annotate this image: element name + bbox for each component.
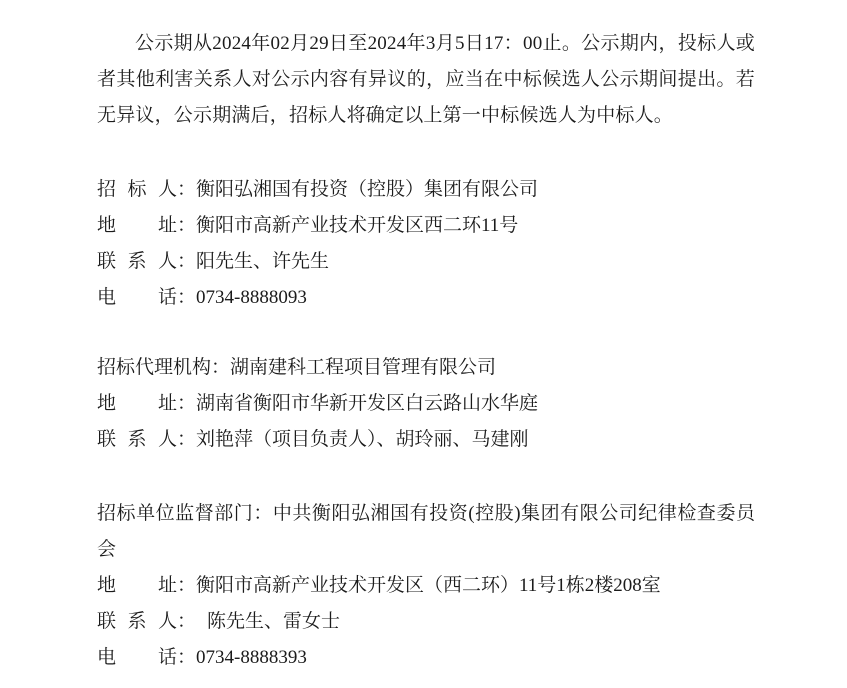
supervisor-label: 招标单位监督部门	[97, 503, 253, 524]
colon: ：	[177, 575, 196, 596]
supervisor-address-row: 地址：衡阳市高新产业技术开发区（西二环）11号1栋2楼208室	[97, 568, 755, 604]
colon: ：	[177, 647, 196, 668]
public-notice-period-paragraph: 公示期从2024年02月29日至2024年3月5日17：00止。公示期内，投标人…	[97, 26, 755, 134]
colon: ：	[177, 215, 196, 236]
tenderer-name-row: 招标人：衡阳弘湘国有投资（控股）集团有限公司	[97, 172, 755, 208]
colon: ：	[177, 179, 196, 200]
agency-section: 招标代理机构：湖南建科工程项目管理有限公司 地址：湖南省衡阳市华新开发区白云路山…	[97, 350, 755, 458]
supervisor-name-row: 招标单位监督部门：中共衡阳弘湘国有投资(控股)集团有限公司纪律检查委员会	[97, 496, 755, 568]
colon: ：	[177, 429, 196, 450]
tenderer-label: 招标人	[97, 172, 177, 208]
phone-value: 0734-8888393	[196, 647, 307, 668]
contact-value: 陈先生、雷女士	[196, 611, 340, 632]
agency-label: 招标代理机构	[97, 357, 211, 378]
contact-label: 联系人	[97, 604, 177, 640]
colon: ：	[177, 287, 196, 308]
colon: ：	[177, 251, 196, 272]
address-value: 湖南省衡阳市华新开发区白云路山水华庭	[196, 393, 538, 414]
address-value: 衡阳市高新产业技术开发区西二环11号	[196, 215, 518, 236]
tenderer-address-row: 地址：衡阳市高新产业技术开发区西二环11号	[97, 208, 755, 244]
colon: ：	[177, 611, 196, 632]
supervisor-phone-row: 电话：0734-8888393	[97, 640, 755, 676]
agency-address-row: 地址：湖南省衡阳市华新开发区白云路山水华庭	[97, 386, 755, 422]
contact-label: 联系人	[97, 422, 177, 458]
tenderer-section: 招标人：衡阳弘湘国有投资（控股）集团有限公司 地址：衡阳市高新产业技术开发区西二…	[97, 172, 755, 316]
colon: ：	[211, 357, 230, 378]
address-label: 地址	[97, 208, 177, 244]
address-value: 衡阳市高新产业技术开发区（西二环）11号1栋2楼208室	[196, 575, 661, 596]
tenderer-contact-row: 联系人：阳先生、许先生	[97, 244, 755, 280]
agency-contact-row: 联系人：刘艳萍（项目负责人）、胡玲丽、马建刚	[97, 422, 755, 458]
contact-value: 阳先生、许先生	[196, 251, 329, 272]
agency-name-row: 招标代理机构：湖南建科工程项目管理有限公司	[97, 350, 755, 386]
phone-label: 电话	[97, 640, 177, 676]
tenderer-value: 衡阳弘湘国有投资（控股）集团有限公司	[196, 179, 538, 200]
colon: ：	[253, 503, 273, 524]
tender-notice-document: 公示期从2024年02月29日至2024年3月5日17：00止。公示期内，投标人…	[97, 26, 755, 676]
supervisor-section: 招标单位监督部门：中共衡阳弘湘国有投资(控股)集团有限公司纪律检查委员会 地址：…	[97, 496, 755, 676]
address-label: 地址	[97, 568, 177, 604]
contact-label: 联系人	[97, 244, 177, 280]
colon: ：	[177, 393, 196, 414]
agency-value: 湖南建科工程项目管理有限公司	[230, 357, 496, 378]
phone-label: 电话	[97, 280, 177, 316]
phone-value: 0734-8888093	[196, 287, 307, 308]
tenderer-phone-row: 电话：0734-8888093	[97, 280, 755, 316]
supervisor-contact-row: 联系人：陈先生、雷女士	[97, 604, 755, 640]
address-label: 地址	[97, 386, 177, 422]
contact-value: 刘艳萍（项目负责人）、胡玲丽、马建刚	[196, 429, 529, 450]
